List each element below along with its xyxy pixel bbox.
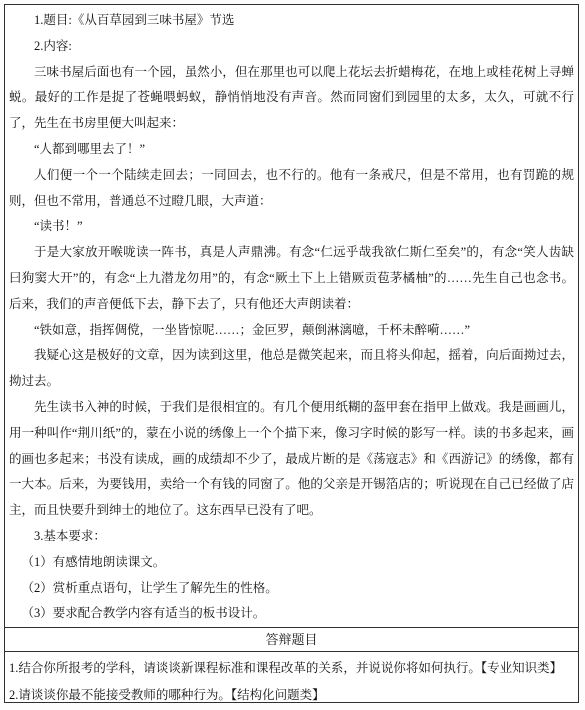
passage-paragraph: 三味书屋后面也有一个园，虽然小，但在那里也可以爬上花坛去折蜡梅花，在地上或桂花树… [9,60,574,137]
question-title-line: 1.题目:《从百草园到三味书屋》节选 [9,8,574,34]
requirement-item: （2）赏析重点语句，让学生了解先生的性格。 [9,576,574,602]
requirement-item: （3）要求配合教学内容有适当的板书设计。 [9,601,574,627]
passage-paragraph: 我疑心这是极好的文章，因为读到这里，他总是微笑起来，而且将头仰起，摇着，向后面拗… [9,343,574,395]
passage-paragraph: 于是大家放开喉咙读一阵书，真是人声鼎沸。有念“仁远乎哉我欲仁斯仁至矣”的，有念“… [9,240,574,317]
lecture-content-cell: 1.题目:《从百草园到三味书屋》节选 2.内容: 三味书屋后面也有一个园，虽然小… [5,5,578,627]
defense-question: 2.请谈谈你最不能接受教师的哪种行为。【结构化问题类】 [9,682,574,702]
defense-questions-cell: 1.结合你所报考的学科，请谈谈新课程标准和课程改革的关系，并说说你将如何执行。【… [5,652,578,702]
content-section-label: 2.内容: [9,34,574,60]
defense-section-header: 答辩题目 [5,627,578,652]
passage-paragraph: “读书！” [9,214,574,240]
passage-paragraph: “铁如意，指挥倜傥，一坐皆惊呢……；金叵罗，颠倒淋漓噫，千杯未醉嗬……” [9,318,574,344]
passage-paragraph: “人都到哪里去了！” [9,137,574,163]
passage-paragraph: 先生读书入神的时候，于我们是很相宜的。有几个便用纸糊的盔甲套在指甲上做戏。我是画… [9,395,574,524]
passage-paragraph: 人们便一个一个陆续走回去；一同回去，也不行的。他有一条戒尺，但是不常用，也有罚跪… [9,163,574,215]
defense-question: 1.结合你所报考的学科，请谈谈新课程标准和课程改革的关系，并说说你将如何执行。【… [9,655,574,682]
requirements-section-label: 3.基本要求： [9,524,574,550]
exam-question-sheet: 1.题目:《从百草园到三味书屋》节选 2.内容: 三味书屋后面也有一个园，虽然小… [4,4,579,703]
requirement-item: （1）有感情地朗读课文。 [9,550,574,576]
